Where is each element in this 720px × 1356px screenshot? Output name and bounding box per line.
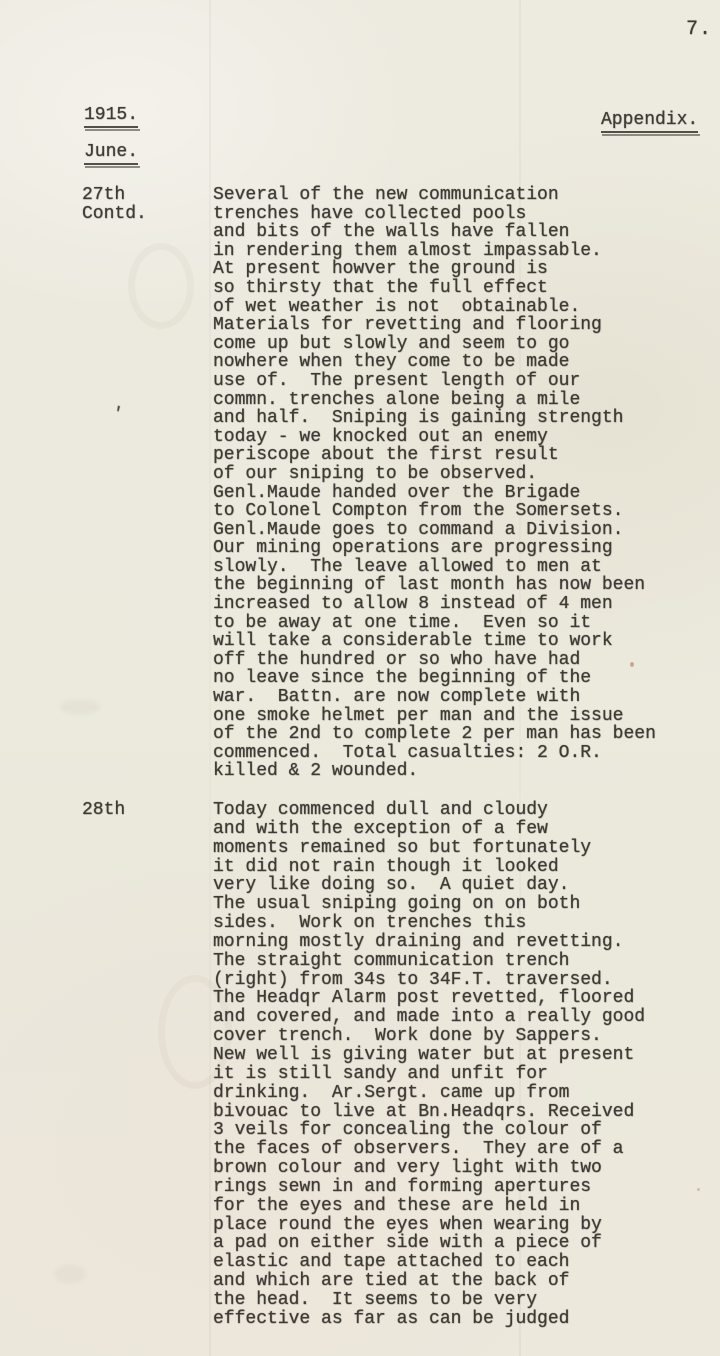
page-number: 7.	[686, 18, 712, 41]
paper-crease-left	[209, 0, 211, 1356]
war-diary-page: ' 7. 1915. Appendix. June. 27th Contd. S…	[0, 0, 720, 1356]
paper-smudge	[55, 1265, 85, 1283]
month-heading: June.	[84, 142, 138, 165]
year-heading: 1915.	[84, 105, 138, 128]
entry-date-27th-contd: 27th Contd.	[82, 186, 147, 223]
entry-body-27th-contd: Several of the new communication trenche…	[213, 186, 713, 781]
appendix-heading-text: Appendix.	[601, 110, 698, 133]
year-heading-text: 1915.	[84, 105, 138, 128]
entry-date-28th: 28th	[82, 801, 125, 820]
paper-smudge	[60, 700, 100, 714]
stray-typewriter-tick: '	[110, 404, 124, 425]
bleed-through-mark-top	[128, 243, 194, 329]
entry-body-28th: Today commenced dull and cloudy and with…	[213, 801, 713, 1329]
month-heading-text: June.	[84, 142, 138, 165]
appendix-heading: Appendix.	[601, 110, 698, 133]
